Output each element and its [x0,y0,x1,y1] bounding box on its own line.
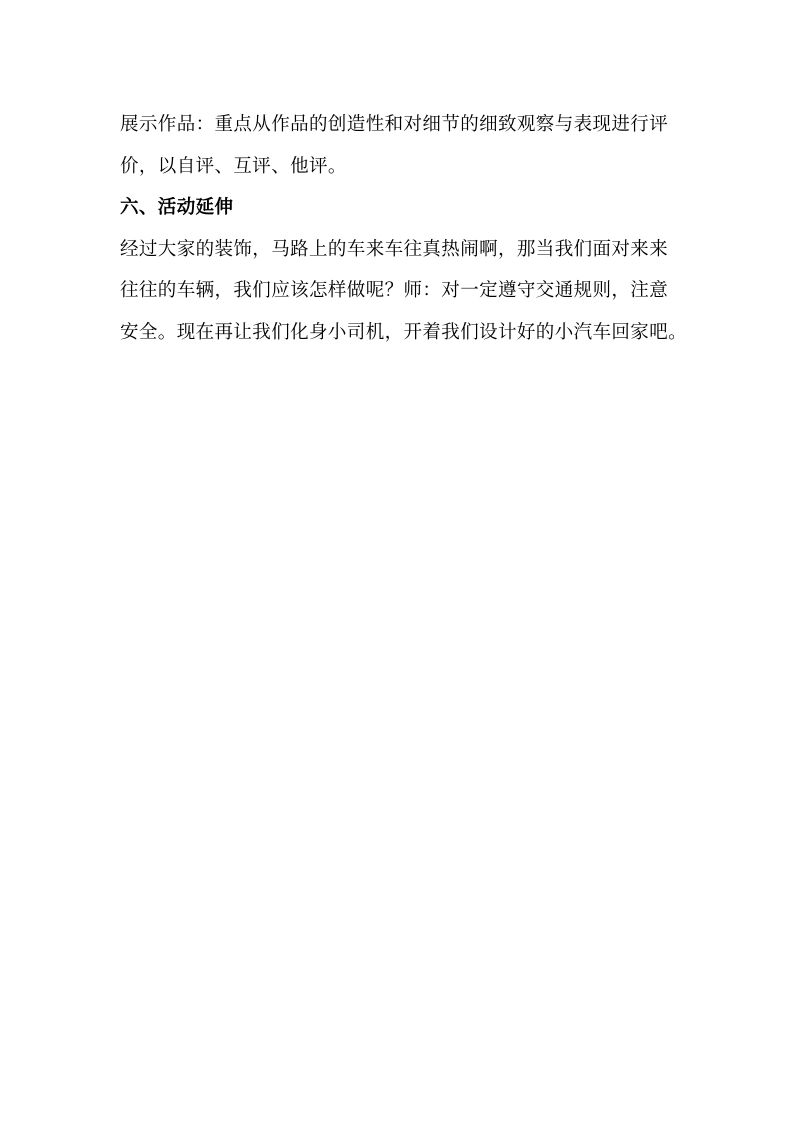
text-line: 展示作品：重点从作品的创造性和对细节的细致观察与表现进行评 [120,104,720,146]
section-heading: 六、活动延伸 [120,187,720,229]
document-page: 展示作品：重点从作品的创造性和对细节的细致观察与表现进行评 价，以自评、互评、他… [120,104,720,353]
text-line: 往往的车辆，我们应该怎样做呢？师：对一定遵守交通规则，注意 [120,270,720,312]
text-line: 安全。现在再让我们化身小司机，开着我们设计好的小汽车回家吧。 [120,312,720,354]
text-line: 经过大家的装饰，马路上的车来车往真热闹啊，那当我们面对来来 [120,229,720,271]
paragraph-show-works: 展示作品：重点从作品的创造性和对细节的细致观察与表现进行评 价，以自评、互评、他… [120,104,720,187]
paragraph-activity-extension: 经过大家的装饰，马路上的车来车往真热闹啊，那当我们面对来来 往往的车辆，我们应该… [120,229,720,354]
text-line: 价，以自评、互评、他评。 [120,146,720,188]
